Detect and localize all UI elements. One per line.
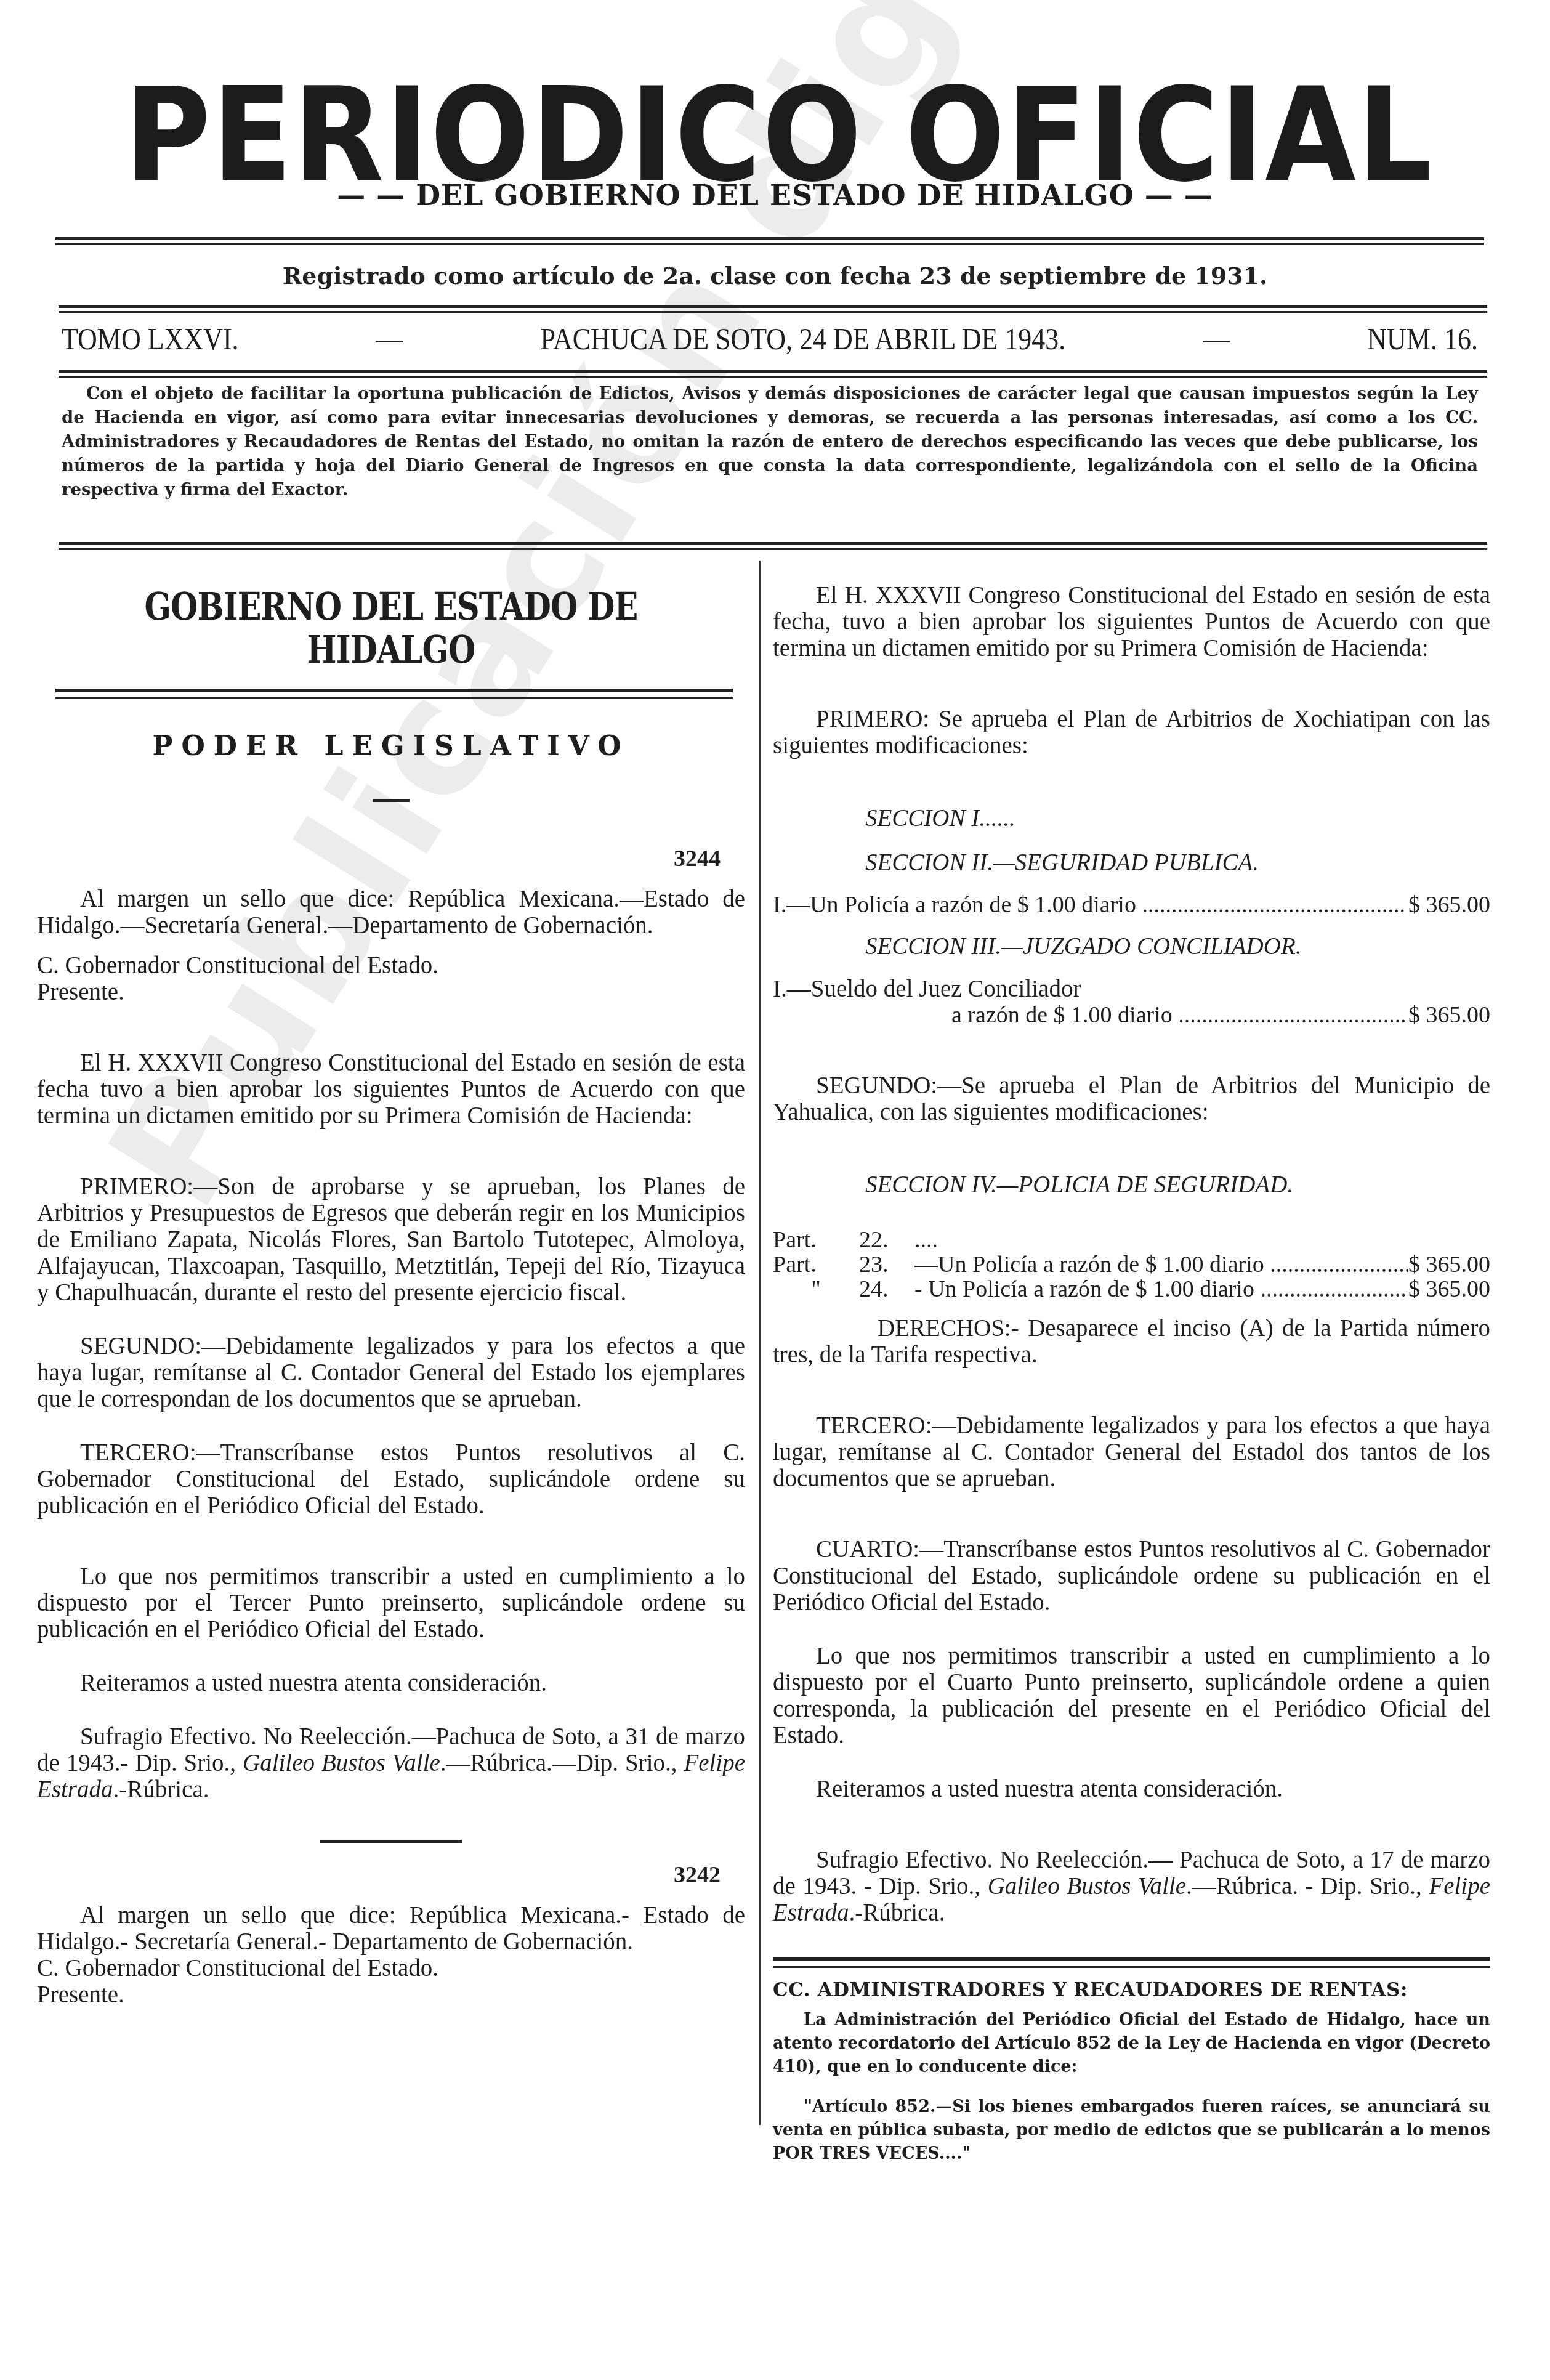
document-number: 3244 <box>37 845 721 872</box>
primero-paragraph: PRIMERO: Se aprueba el Plan de Arbitrios… <box>773 706 1490 759</box>
issue-rule <box>59 370 1487 373</box>
admin-notice-body: La Administración del Periódico Oficial … <box>773 2009 1490 2079</box>
part-desc: —Un Policía a razón de $ 1.00 diario <box>914 1252 1408 1277</box>
right-column: El H. XXXVII Congreso Constitucional del… <box>773 582 1490 2182</box>
part-number: 22. <box>859 1228 914 1252</box>
part-prefix: Part. <box>773 1252 859 1277</box>
seal-text: Al margen un sello que dice: República M… <box>37 1902 745 1955</box>
place-date: PACHUCA DE SOTO, 24 DE ABRIL DE 1943. <box>541 321 1066 357</box>
registration-rule <box>59 305 1487 308</box>
signer-name: Galileo Bustos Valle <box>243 1750 440 1776</box>
derechos-paragraph: DERECHOS:- Desaparece el inciso (A) de l… <box>773 1315 1490 1368</box>
newspaper-page: Publicación digitalizada PERIODICO OFICI… <box>0 0 1550 2380</box>
issue-line: TOMO LXXVI. — PACHUCA DE SOTO, 24 DE ABR… <box>62 323 1478 355</box>
part-row: " 24. - Un Policía a razón de $ 1.00 dia… <box>773 1277 1490 1301</box>
tercero-paragraph: TERCERO:—Debidamente legalizados y para … <box>773 1412 1490 1492</box>
section-heading: PODER LEGISLATIVO <box>37 731 745 762</box>
part-desc: - Un Policía a razón de $ 1.00 diario <box>914 1277 1408 1301</box>
heading-rule <box>55 689 733 700</box>
part-row: Part. 23. —Un Policía a razón de $ 1.00 … <box>773 1252 1490 1277</box>
regards: Reiteramos a usted nuestra atenta consid… <box>37 1670 745 1696</box>
signature-text: .—Rúbrica. - Dip. Srio., <box>1186 1873 1429 1900</box>
registration-line: Registrado como artículo de 2a. clase co… <box>0 262 1550 289</box>
admin-notice-quote: "Artículo 852.—Si los bienes embargados … <box>773 2095 1490 2166</box>
segundo-paragraph: SEGUNDO:—Se aprueba el Plan de Arbitrios… <box>773 1072 1490 1125</box>
cuarto-paragraph: CUARTO:—Transcríbanse estos Puntos resol… <box>773 1536 1490 1616</box>
intro-paragraph: El H. XXXVII Congreso Constitucional del… <box>37 1050 745 1129</box>
issue-separator: — <box>1203 321 1230 357</box>
government-heading: GOBIERNO DEL ESTADO DE HIDALGO <box>101 585 682 671</box>
section-divider <box>373 799 410 802</box>
part-number: 23. <box>859 1252 914 1277</box>
part-row: Part. 22. .... <box>773 1228 1490 1252</box>
regards: Reiteramos a usted nuestra atenta consid… <box>773 1776 1490 1802</box>
admin-notice-rule <box>773 1957 1490 1968</box>
issue-number: NUM. 16. <box>1367 321 1478 357</box>
closing-paragraph: Lo que nos permitimos transcribir a uste… <box>37 1563 745 1643</box>
signer-name: Galileo Bustos Valle <box>988 1873 1186 1900</box>
signature-text: .—Rúbrica.—Dip. Srio., <box>440 1750 684 1776</box>
ledger-label: I.—Un Policía a razón de $ 1.00 diario <box>773 892 1406 918</box>
presente: Presente. <box>37 979 745 1005</box>
ledger-row: I.—Un Policía a razón de $ 1.00 diario $… <box>773 892 1490 918</box>
addressee: C. Gobernador Constitucional del Estado. <box>37 952 745 979</box>
seal-text: Al margen un sello que dice: República M… <box>37 886 745 939</box>
intro-paragraph: El H. XXXVII Congreso Constitucional del… <box>773 582 1490 662</box>
ledger-amount: $ 365.00 <box>1406 1002 1490 1028</box>
signature-text: .-Rúbrica. <box>113 1776 209 1803</box>
ledger-label-line: I.—Sueldo del Juez Conciliador <box>773 976 1490 1002</box>
ledger-amount: $ 365.00 <box>1406 892 1490 918</box>
publication-notice: Con el objeto de facilitar la oportuna p… <box>62 382 1478 502</box>
part-number: 24. <box>859 1277 914 1301</box>
signature-block: Sufragio Efectivo. No Reelección.— Pachu… <box>773 1847 1490 1926</box>
part-desc: .... <box>914 1228 938 1252</box>
addressee: C. Gobernador Constitucional del Estado. <box>37 1955 745 1981</box>
section-title: SECCION III.—JUZGADO CONCILIADOR. <box>865 931 1490 962</box>
signature-block: Sufragio Efectivo. No Reelección.—Pachuc… <box>37 1723 745 1803</box>
ledger-row: a razón de $ 1.00 diario $ 365.00 <box>773 1002 1490 1028</box>
part-amount: $ 365.00 <box>1408 1252 1490 1277</box>
part-prefix: " <box>773 1277 859 1301</box>
presente: Presente. <box>37 1981 745 2008</box>
column-divider <box>759 561 761 2125</box>
section-title: SECCION I...... <box>865 803 1490 834</box>
document-number: 3242 <box>37 1861 721 1888</box>
section-title: SECCION II.—SEGURIDAD PUBLICA. <box>865 848 1490 878</box>
masthead-subtitle: — — DEL GOBIERNO DEL ESTADO DE HIDALGO —… <box>0 179 1550 212</box>
section-title: SECCION IV.—POLICIA DE SEGURIDAD. <box>865 1170 1490 1200</box>
document-divider <box>320 1840 462 1843</box>
issue-separator: — <box>376 321 403 357</box>
primero-paragraph: PRIMERO:—Son de aprobarse y se aprueban,… <box>37 1173 745 1306</box>
masthead-rule <box>55 237 1484 240</box>
closing-paragraph: Lo que nos permitimos transcribir a uste… <box>773 1643 1490 1749</box>
part-prefix: Part. <box>773 1228 859 1252</box>
notice-rule <box>59 542 1487 545</box>
left-column: GOBIERNO DEL ESTADO DE HIDALGO PODER LEG… <box>37 567 745 2008</box>
signature-text: .-Rúbrica. <box>849 1900 945 1926</box>
part-amount: $ 365.00 <box>1408 1277 1490 1301</box>
volume: TOMO LXXVI. <box>62 321 239 357</box>
tercero-paragraph: TERCERO:—Transcríbanse estos Puntos reso… <box>37 1439 745 1519</box>
segundo-paragraph: SEGUNDO:—Debidamente legalizados y para … <box>37 1333 745 1412</box>
admin-notice-heading: CC. ADMINISTRADORES Y RECAUDADORES DE RE… <box>773 1979 1490 2001</box>
ledger-label: a razón de $ 1.00 diario <box>951 1002 1406 1028</box>
